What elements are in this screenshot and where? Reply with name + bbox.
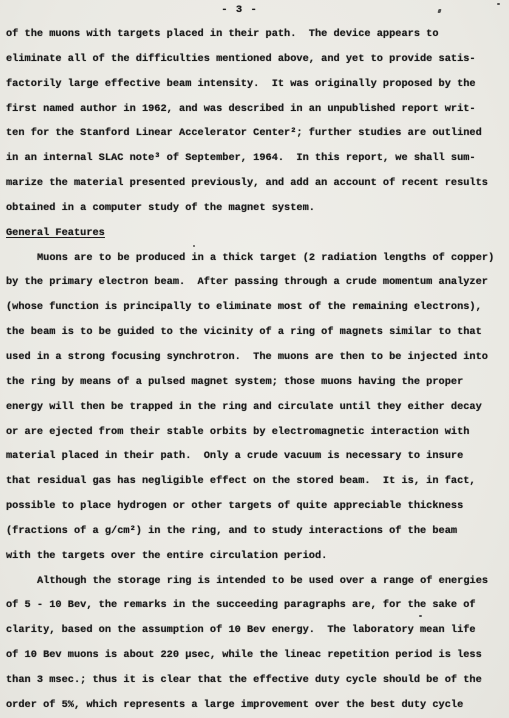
text-line: (fractions of a g/cm²) in the ring, and … (6, 519, 492, 544)
text-line: possible to place hydrogen or other targ… (6, 494, 492, 519)
text-line: the ring by means of a pulsed magnet sys… (6, 370, 492, 395)
text-line: ten for the Stanford Linear Accelerator … (6, 121, 492, 146)
text-line: clarity, based on the assumption of 10 B… (6, 618, 492, 643)
text-line: used in a strong focusing synchrotron. T… (6, 345, 492, 370)
scan-artifact-dot (497, 3, 500, 5)
text-line: of the muons with targets placed in thei… (6, 22, 492, 47)
page-body: of the muons with targets placed in thei… (6, 22, 492, 718)
scan-artifact-dot (290, 377, 292, 379)
text-line: Muons are to be produced in a thick targ… (6, 246, 492, 271)
text-line: material placed in their path. Only a cr… (6, 444, 492, 469)
text-line: in an internal SLAC note³ of September, … (6, 146, 492, 171)
text-line: Although the storage ring is intended to… (6, 569, 492, 594)
text-line: eliminate all of the difficulties mentio… (6, 47, 492, 72)
text-line: order of 5%, which represents a large im… (6, 693, 492, 718)
scanned-document-page: - 3 - of the muons with targets placed i… (0, 0, 509, 718)
text-line: first named author in 1962, and was desc… (6, 97, 492, 122)
page-number: - 3 - (0, 4, 479, 16)
text-line: energy will then be trapped in the ring … (6, 395, 492, 420)
text-line: (whose function is principally to elimin… (6, 295, 492, 320)
section-heading: General Features (6, 221, 492, 246)
text-line: that residual gas has negligible effect … (6, 469, 492, 494)
text-line: the beam is to be guided to the vicinity… (6, 320, 492, 345)
text-line: than 3 msec.; thus it is clear that the … (6, 668, 492, 693)
text-line: marize the material presented previously… (6, 171, 492, 196)
text-line: or are ejected from their stable orbits … (6, 420, 492, 445)
text-line: factorily large effective beam intensity… (6, 72, 492, 97)
text-line: with the targets over the entire circula… (6, 544, 492, 569)
text-line: by the primary electron beam. After pass… (6, 270, 492, 295)
scan-artifact-dot (193, 245, 195, 247)
scan-artifact-dot (419, 615, 422, 617)
text-line: obtained in a computer study of the magn… (6, 196, 492, 221)
text-line: of 10 Bev muons is about 220 μsec, while… (6, 643, 492, 668)
